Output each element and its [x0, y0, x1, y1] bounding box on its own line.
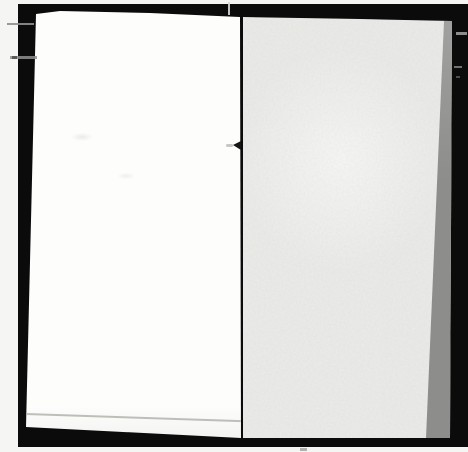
film-edge-mark — [456, 76, 460, 78]
film-scratch — [228, 2, 230, 15]
film-edge-mark — [454, 66, 462, 68]
film-speck — [300, 448, 307, 451]
gutter-smudge — [226, 144, 233, 147]
film-edge-mark — [12, 56, 17, 59]
paper-grain-texture — [0, 0, 468, 452]
scanned-book-spread — [0, 0, 468, 452]
gutter-arrow-blemish — [233, 141, 241, 150]
film-edge-mark — [456, 32, 467, 35]
film-edge-mark — [7, 23, 34, 25]
